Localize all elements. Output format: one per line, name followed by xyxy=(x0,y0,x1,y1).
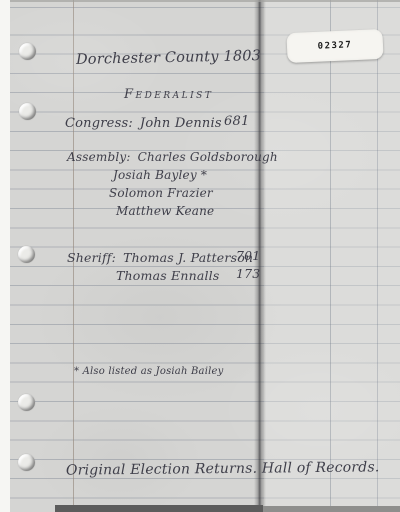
bottom-edge-shadow xyxy=(263,506,400,512)
congress-vote-count: 681 xyxy=(224,114,249,129)
party-heading: Federalist xyxy=(124,87,213,102)
bottom-edge-shadow xyxy=(55,505,263,512)
scanned-document-page: 02327 Dorchester County 1803 Federalist … xyxy=(0,0,400,512)
sheriff-label: Sheriff: xyxy=(67,250,116,265)
scan-backing-edge xyxy=(0,0,10,512)
adjacent-ledger-area xyxy=(264,0,400,512)
catalog-number: 02327 xyxy=(318,40,353,51)
congress-candidate: John Dennis xyxy=(140,116,222,131)
assembly-member: Charles Goldsborough xyxy=(138,150,278,164)
assembly-line: Assembly:Charles Goldsborough xyxy=(67,150,278,164)
page-top-edge xyxy=(10,0,400,2)
punch-hole xyxy=(18,454,35,471)
punch-hole xyxy=(18,394,35,411)
sheriff-candidate: Thomas J. Patterson xyxy=(123,250,253,265)
source-note: Original Election Returns. Hall of Recor… xyxy=(66,459,380,478)
sheriff-line: Sheriff:Thomas J. Patterson xyxy=(67,250,253,265)
assembly-member: Matthew Keane xyxy=(116,204,214,218)
punch-hole xyxy=(18,246,35,263)
congress-line: Congress:John Dennis xyxy=(65,116,222,131)
assembly-label: Assembly: xyxy=(67,150,131,164)
sheriff-vote-count: 701 xyxy=(236,248,260,263)
punch-hole xyxy=(19,103,36,120)
assembly-member: Josiah Bayley * xyxy=(113,168,207,182)
sheriff-vote-count: 173 xyxy=(236,266,260,281)
assembly-member: Solomon Frazier xyxy=(109,186,213,200)
catalog-number-sticker: 02327 xyxy=(286,29,383,63)
congress-label: Congress: xyxy=(65,116,133,131)
punch-hole xyxy=(19,43,36,60)
ledger-column-rule xyxy=(330,0,331,512)
sheriff-candidate: Thomas Ennalls xyxy=(116,268,220,283)
footnote: * Also listed as Josiah Bailey xyxy=(74,366,223,377)
ledger-column-rule xyxy=(377,0,378,512)
